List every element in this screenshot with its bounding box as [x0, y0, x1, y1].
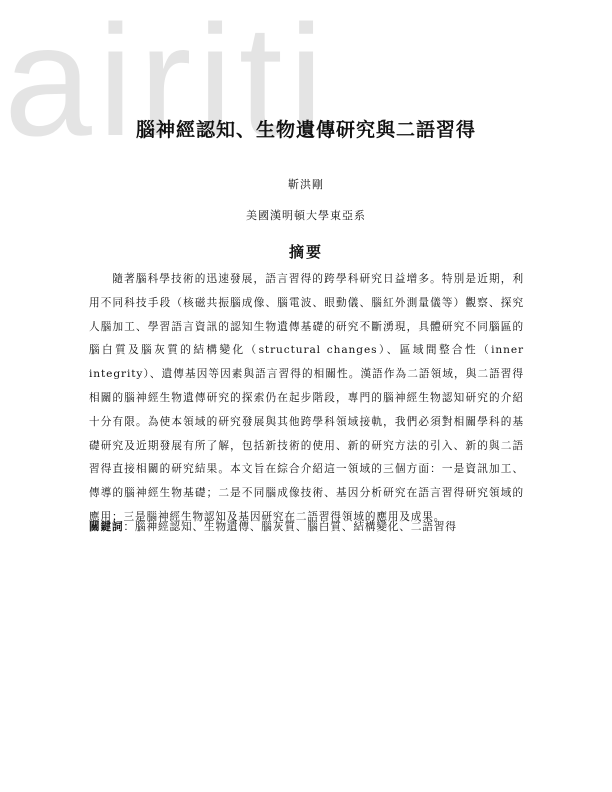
keywords-list: 腦神經認知、生物遺傳、腦灰質、腦白質、結構變化、二語習得	[135, 521, 457, 533]
paper-title: 腦神經認知、生物遺傳研究與二語習得	[0, 115, 612, 142]
author-affiliation: 美國漢明頓大學東亞系	[0, 207, 612, 223]
keywords-label: 關鍵詞	[89, 521, 123, 533]
keywords-separator: ：	[123, 521, 135, 533]
keywords: 關鍵詞：腦神經認知、生物遺傳、腦灰質、腦白質、結構變化、二語習得	[89, 519, 529, 534]
abstract-heading: 摘要	[0, 241, 612, 262]
abstract-paragraph: 隨著腦科學技術的迅速發展，語言習得的跨學科研究日益增多。特別是近期，利用不同科技…	[89, 268, 524, 530]
author-name: 靳洪剛	[0, 176, 612, 192]
abstract-body: 隨著腦科學技術的迅速發展，語言習得的跨學科研究日益增多。特別是近期，利用不同科技…	[89, 268, 524, 530]
